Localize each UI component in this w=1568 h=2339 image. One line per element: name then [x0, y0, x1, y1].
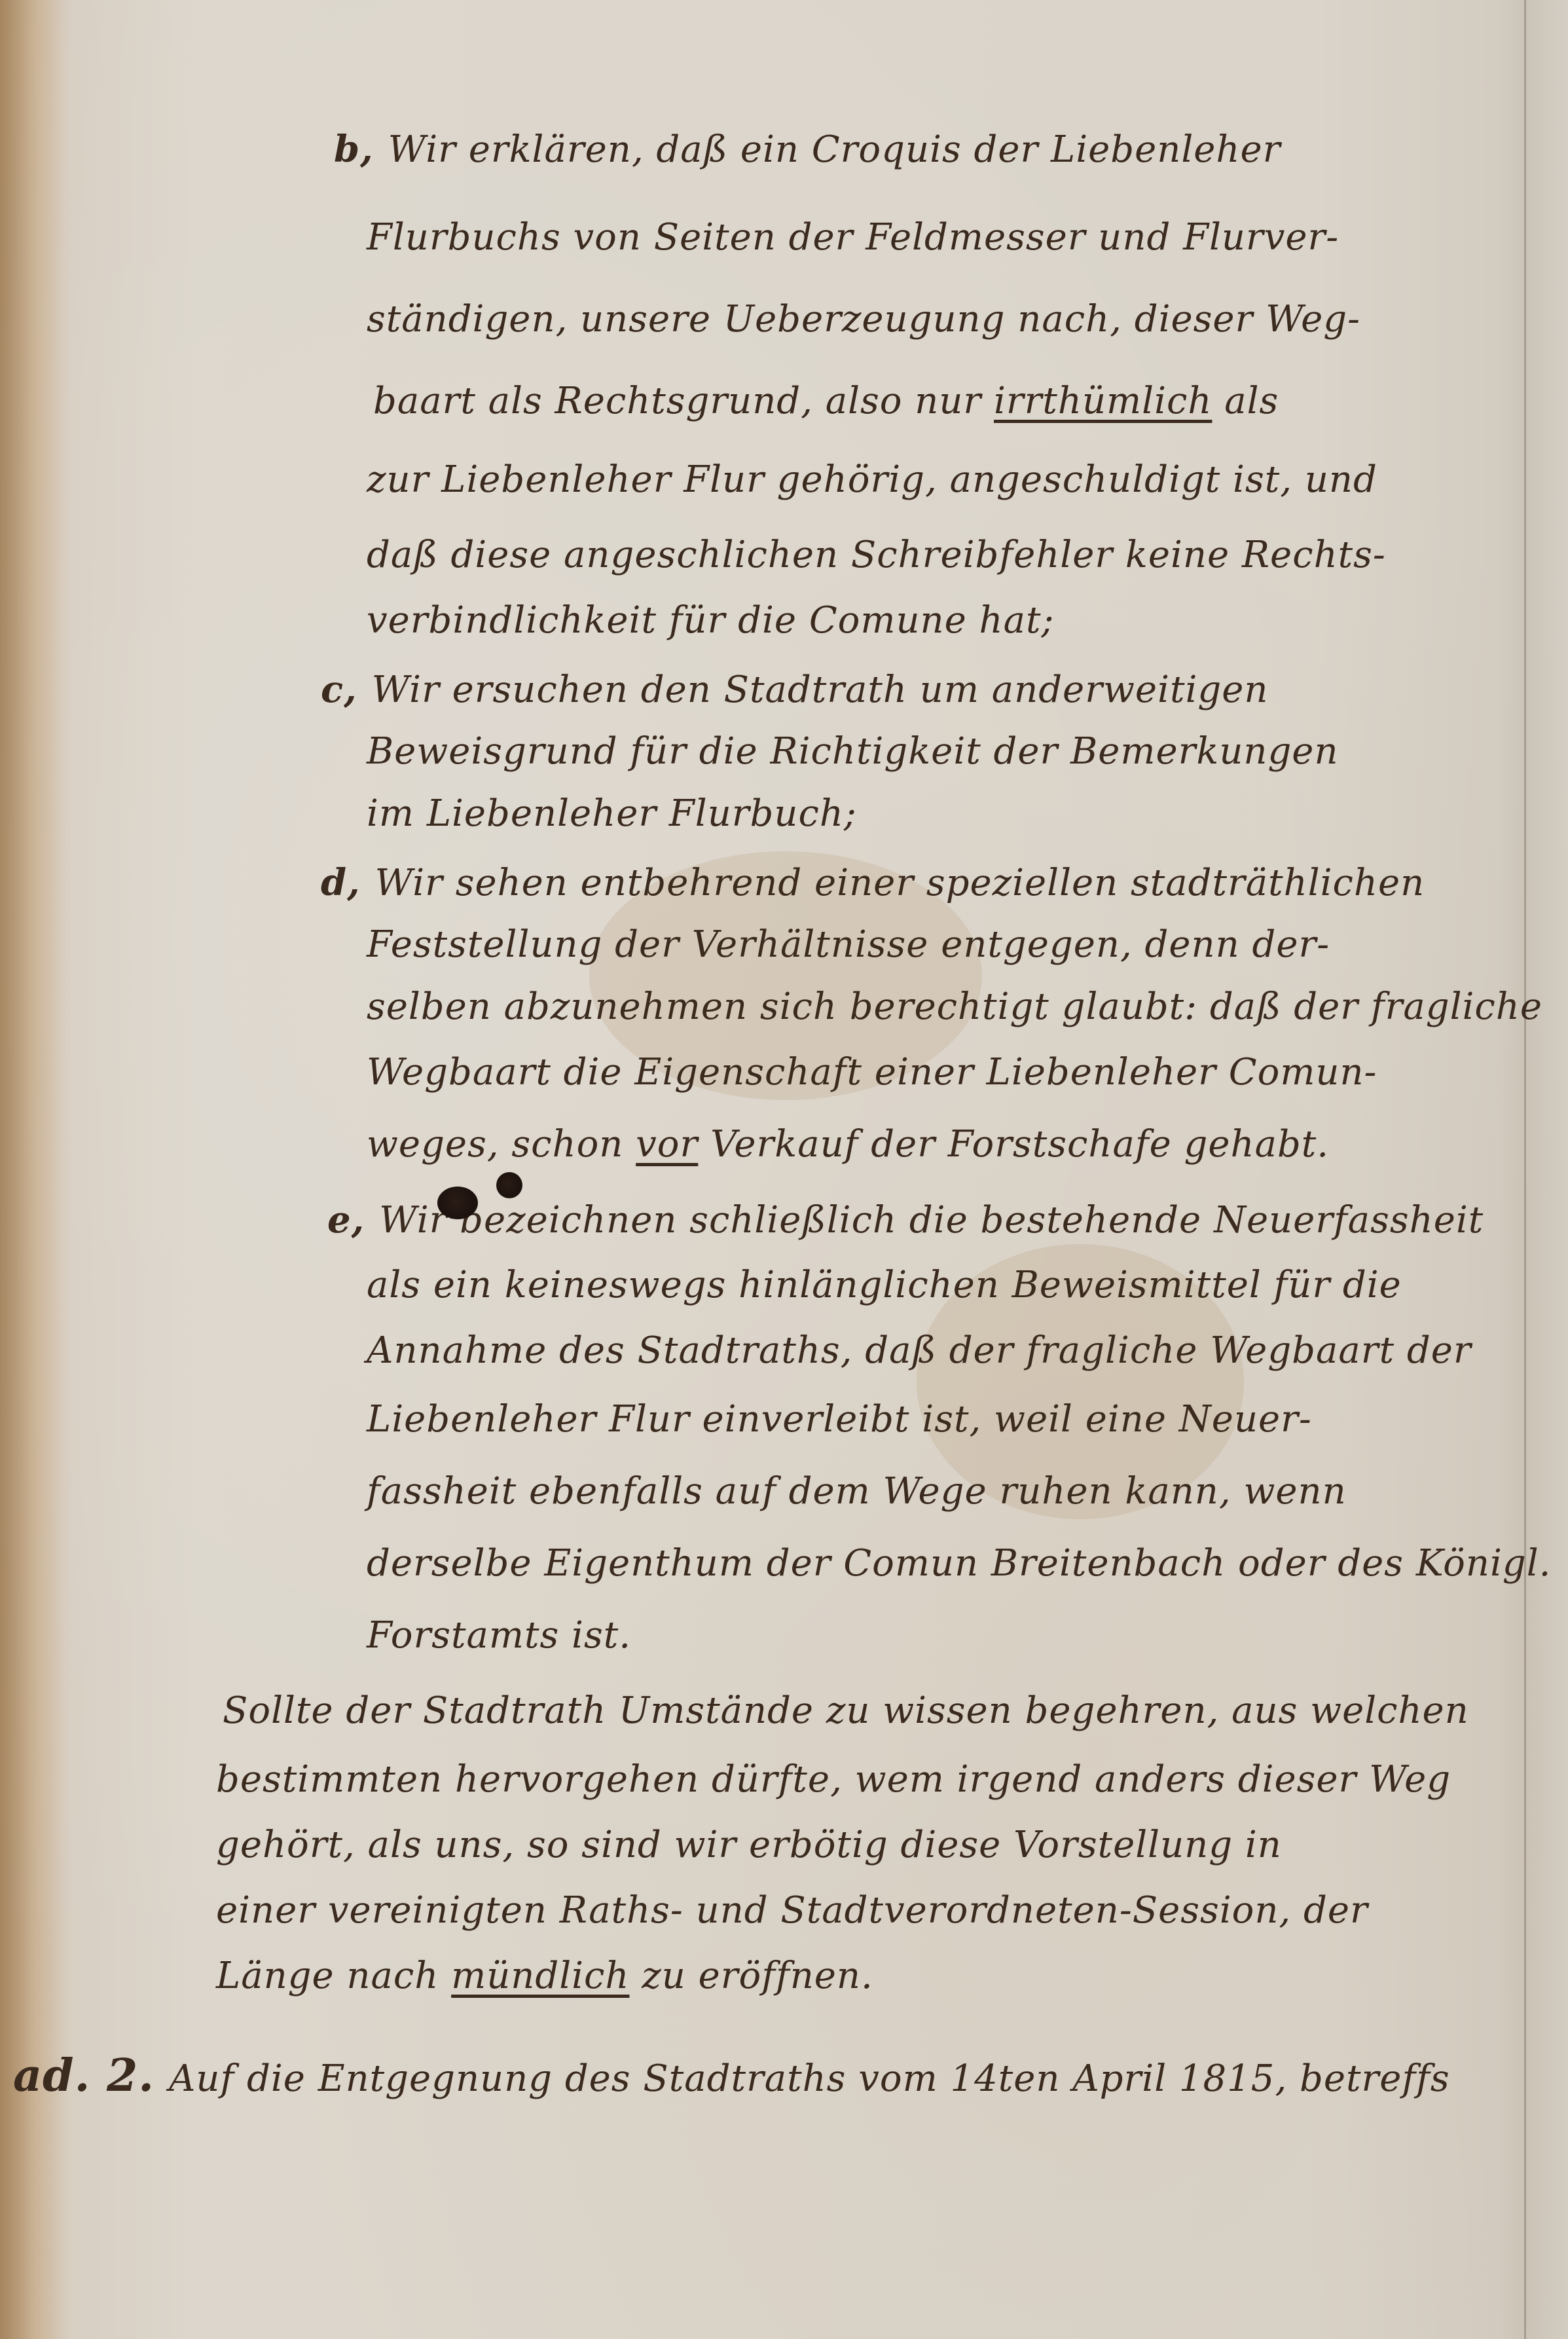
item-d-line: Feststellung der Verhältnisse entgegen, … — [367, 923, 1330, 966]
page-left-edge-binding — [0, 0, 62, 2339]
line-text: Wir bezeichnen schließlich die bestehend… — [379, 1199, 1484, 1242]
line-text: Beweisgrund für die Richtigkeit der Beme… — [367, 730, 1339, 773]
line-text: Sollte der Stadtrath Umstände zu wissen … — [223, 1689, 1469, 1732]
section-ad2-label: ad. 2. — [13, 2050, 155, 2102]
line-text: einer vereinigten Raths- und Stadtverord… — [216, 1889, 1368, 1932]
line-text: Wegbaart die Eigenschaft einer Liebenleh… — [367, 1051, 1377, 1094]
closing-paragraph-line: Sollte der Stadtrath Umstände zu wissen … — [223, 1689, 1469, 1732]
line-text-continued: zu eröffnen. — [629, 1955, 873, 1997]
line-text: Annahme des Stadtraths, daß der fraglich… — [367, 1329, 1472, 1372]
item-c-line: c,Wir ersuchen den Stadtrath um anderwei… — [321, 668, 1268, 711]
line-text: Feststellung der Verhältnisse entgegen, … — [367, 923, 1330, 966]
item-b-line: daß diese angeschlichen Schreibfehler ke… — [367, 534, 1386, 576]
item-b-line: ständigen, unsere Ueberzeugung nach, die… — [367, 298, 1360, 341]
line-text: derselbe Eigenthum der Comun Breitenbach… — [367, 1542, 1551, 1585]
item-c-line: Beweisgrund für die Richtigkeit der Beme… — [367, 730, 1339, 773]
item-d-line: weges, schon vor Verkauf der Forstschafe… — [367, 1123, 1329, 1166]
item-b-line: zur Liebenleher Flur gehörig, angeschuld… — [367, 458, 1377, 501]
item-e-line: fassheit ebenfalls auf dem Wege ruhen ka… — [367, 1470, 1347, 1513]
line-text: Länge nach — [216, 1955, 451, 1997]
item-b-line: baart als Rechtsgrund, also nur irrthüml… — [373, 380, 1279, 422]
item-label: d, — [321, 861, 361, 904]
item-e-line: Liebenleher Flur einverleibt ist, weil e… — [367, 1398, 1312, 1441]
line-text: ständigen, unsere Ueberzeugung nach, die… — [367, 298, 1360, 341]
item-b-line: Flurbuchs von Seiten der Feldmesser und … — [367, 216, 1339, 259]
line-text: Wir ersuchen den Stadtrath um anderweiti… — [372, 669, 1269, 711]
closing-paragraph-line: gehört, als uns, so sind wir erbötig die… — [216, 1824, 1282, 1866]
line-text: selben abzunehmen sich berechtigt glaubt… — [367, 985, 1542, 1028]
closing-paragraph-line: einer vereinigten Raths- und Stadtverord… — [216, 1889, 1368, 1932]
line-text: Wir sehen entbehrend einer speziellen st… — [375, 862, 1425, 904]
item-label: e, — [327, 1198, 365, 1242]
line-text: als ein keineswegs hinlänglichen Beweism… — [367, 1264, 1402, 1306]
line-text: im Liebenleher Flurbuch; — [367, 792, 857, 835]
line-text: weges, schon — [367, 1123, 636, 1166]
item-label: b, — [334, 128, 374, 171]
item-e-line: Forstamts ist. — [367, 1614, 631, 1657]
section-ad2-text: Auf die Entgegnung des Stadtraths vom 14… — [169, 2057, 1450, 2100]
line-text: Flurbuchs von Seiten der Feldmesser und … — [367, 216, 1339, 259]
item-d-line: d,Wir sehen entbehrend einer speziellen … — [321, 861, 1425, 904]
item-e-line: als ein keineswegs hinlänglichen Beweism… — [367, 1264, 1402, 1306]
item-c-line: im Liebenleher Flurbuch; — [367, 792, 857, 835]
item-e-line: derselbe Eigenthum der Comun Breitenbach… — [367, 1542, 1551, 1585]
underlined-word: irrthümlich — [994, 380, 1212, 422]
manuscript-page: b,Wir erklären, daß ein Croquis der Lieb… — [0, 0, 1568, 2339]
item-d-line: selben abzunehmen sich berechtigt glaubt… — [367, 985, 1542, 1028]
line-text-continued: als — [1212, 380, 1279, 422]
underlined-word: vor — [636, 1123, 698, 1166]
closing-paragraph-line: bestimmten hervorgehen dürfte, wem irgen… — [216, 1758, 1451, 1801]
line-text-continued: Verkauf der Forstschafe gehabt. — [698, 1123, 1329, 1166]
item-b-line: verbindlichkeit für die Comune hat; — [367, 599, 1054, 642]
closing-paragraph-line: Länge nach mündlich zu eröffnen. — [216, 1955, 873, 1997]
ink-blot — [496, 1172, 522, 1198]
line-text: daß diese angeschlichen Schreibfehler ke… — [367, 534, 1386, 576]
line-text: Wir erklären, daß ein Croquis der Lieben… — [388, 128, 1281, 171]
line-text: baart als Rechtsgrund, also nur — [373, 380, 994, 422]
line-text: zur Liebenleher Flur gehörig, angeschuld… — [367, 458, 1377, 501]
line-text: fassheit ebenfalls auf dem Wege ruhen ka… — [367, 1470, 1347, 1513]
item-e-line: Annahme des Stadtraths, daß der fraglich… — [367, 1329, 1472, 1372]
line-text: gehört, als uns, so sind wir erbötig die… — [216, 1824, 1282, 1866]
line-text: verbindlichkeit für die Comune hat; — [367, 599, 1054, 642]
page-right-fold-line — [1524, 0, 1526, 2339]
line-text: Liebenleher Flur einverleibt ist, weil e… — [367, 1398, 1312, 1441]
item-label: c, — [321, 668, 357, 711]
item-e-line: e,Wir bezeichnen schließlich die bestehe… — [327, 1198, 1484, 1242]
ink-blot — [437, 1187, 478, 1219]
line-text: bestimmten hervorgehen dürfte, wem irgen… — [216, 1758, 1451, 1801]
item-b-line: b,Wir erklären, daß ein Croquis der Lieb… — [334, 128, 1281, 171]
section-ad2-heading: ad. 2.Auf die Entgegnung des Stadtraths … — [13, 2050, 1450, 2102]
line-text: Forstamts ist. — [367, 1614, 631, 1657]
underlined-word: mündlich — [451, 1955, 629, 1997]
item-d-line: Wegbaart die Eigenschaft einer Liebenleh… — [367, 1051, 1377, 1094]
